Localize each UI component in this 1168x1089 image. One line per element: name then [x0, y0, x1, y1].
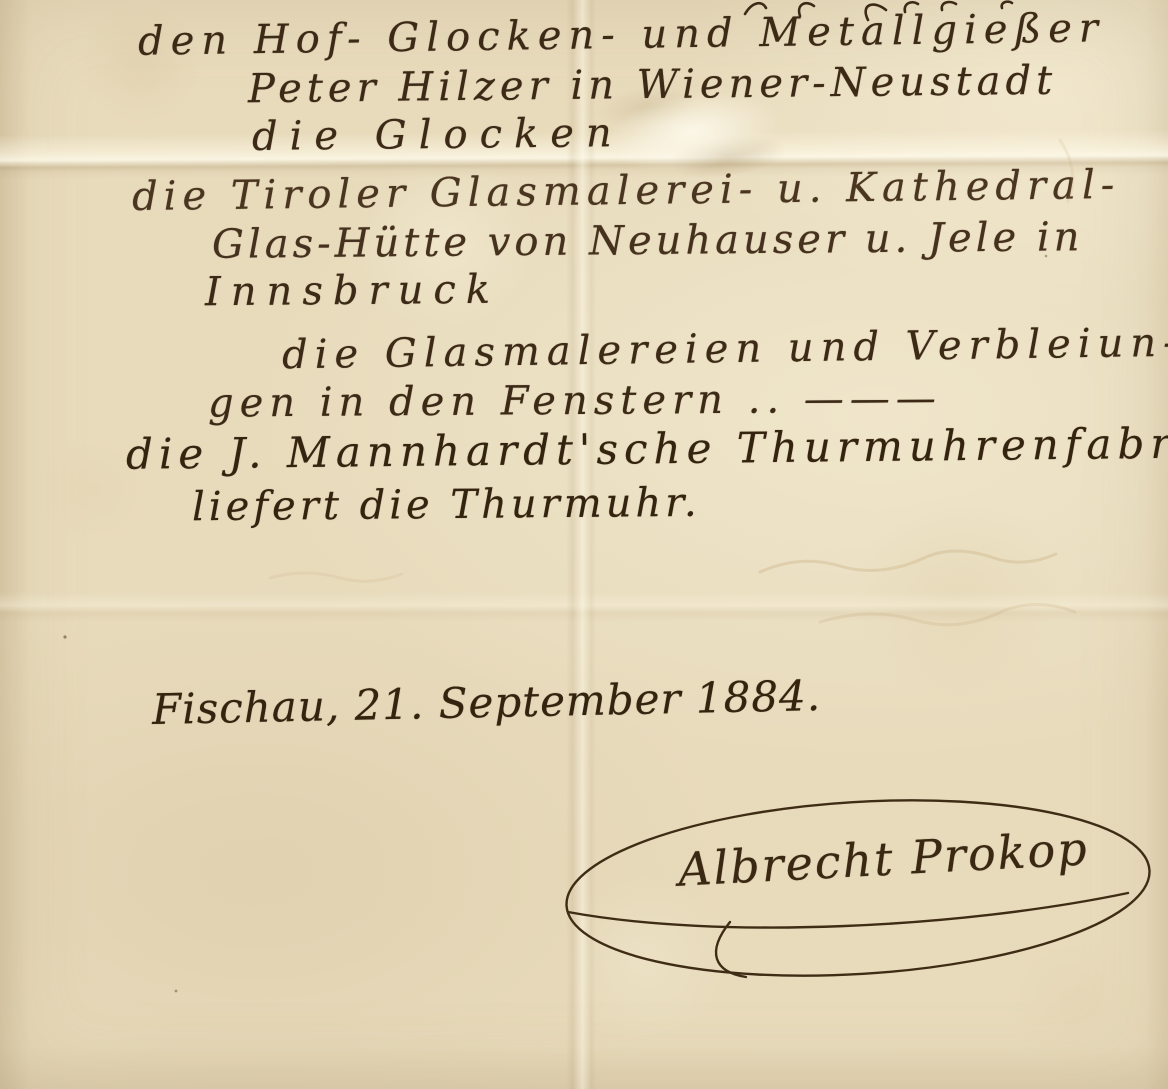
manuscript-line-2: Peter Hilzer in Wiener-Neustadt [248, 58, 1058, 112]
manuscript-line-4: die Tiroler Glasmalerei- u. Kathedral- [132, 162, 1121, 220]
manuscript-line-10: liefert die Thurmuhr. [192, 480, 701, 530]
manuscript-page: den Hof- Glocken- und Metallgießer Peter… [0, 0, 1168, 1089]
manuscript-line-9: die J. Mannhardt'sche Thurmuhrenfabrik [126, 418, 1168, 479]
signature-oval-flourish [561, 784, 1154, 991]
manuscript-line-5: Glas-Hütte von Neuhauser u. Jele in [212, 214, 1084, 268]
dateline: Fischau, 21. September 1884. [152, 671, 822, 734]
manuscript-line-7: die Glasmalereien und Verbleiun- [282, 320, 1168, 379]
manuscript-line-1: den Hof- Glocken- und Metallgießer [138, 5, 1106, 64]
vertical-fold-crease [566, 0, 596, 1089]
manuscript-line-6: Innsbruck [205, 267, 500, 316]
signature-name: Albrecht Prokop [677, 821, 1090, 896]
manuscript-line-3: die Glocken [252, 110, 624, 160]
manuscript-line-8: gen in den Fenstern .. ——— [208, 375, 942, 426]
faint-horizontal-crease [0, 592, 1168, 622]
